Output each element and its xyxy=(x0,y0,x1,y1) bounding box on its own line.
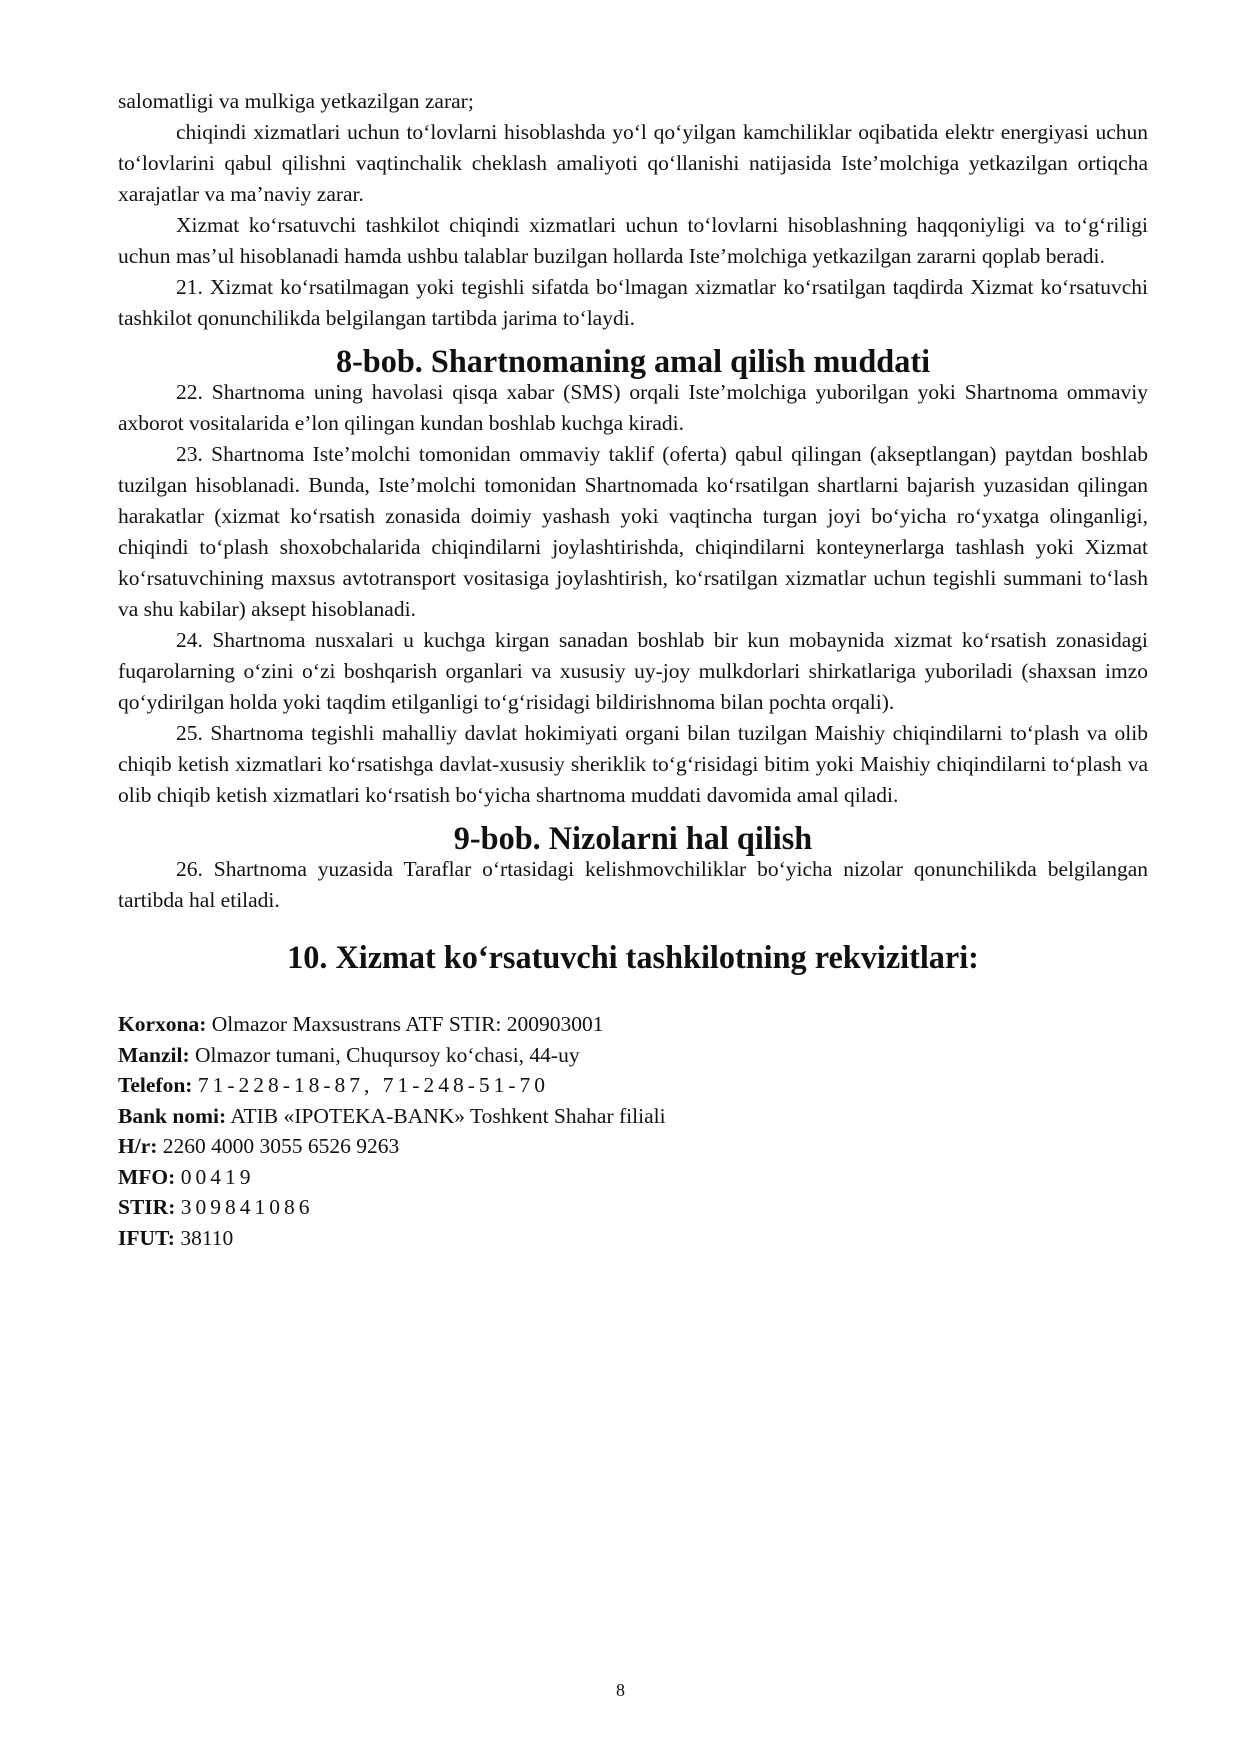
requisite-label: Korxona: xyxy=(118,1012,206,1036)
paragraph-clause-23: 23. Shartnoma Iste’molchi tomonidan omma… xyxy=(118,439,1148,625)
paragraph-clause-25: 25. Shartnoma tegishli mahalliy davlat h… xyxy=(118,718,1148,811)
requisite-value: 2260 4000 3055 6526 9263 xyxy=(163,1134,400,1158)
requisite-row: Bank nomi: ATIB «IPOTEKA-BANK» Toshkent … xyxy=(118,1101,1148,1132)
requisite-label: Telefon: xyxy=(118,1073,192,1097)
paragraph: Xizmat ko‘rsatuvchi tashkilot chiqindi x… xyxy=(118,210,1148,272)
paragraph-clause-24: 24. Shartnoma nusxalari u kuchga kirgan … xyxy=(118,625,1148,718)
requisite-label: Manzil: xyxy=(118,1043,190,1067)
requisite-label: H/r: xyxy=(118,1134,157,1158)
requisite-value: ATIB «IPOTEKA-BANK» Toshkent Shahar fili… xyxy=(230,1104,665,1128)
requisite-row: Telefon: 71-228-18-87, 71-248-51-70 xyxy=(118,1070,1148,1101)
requisite-label: MFO: xyxy=(118,1165,175,1189)
requisites-list: Korxona: Olmazor Maxsustrans ATF STIR: 2… xyxy=(118,1009,1148,1253)
paragraph-clause-21: 21. Xizmat ko‘rsatilmagan yoki tegishli … xyxy=(118,272,1148,334)
top-paragraphs: salomatligi va mulkiga yetkazilgan zarar… xyxy=(118,86,1148,334)
requisite-row: MFO: 00419 xyxy=(118,1162,1148,1193)
requisite-value: 00419 xyxy=(181,1165,255,1189)
requisite-label: Bank nomi: xyxy=(118,1104,226,1128)
requisite-value: 71-228-18-87, 71-248-51-70 xyxy=(198,1073,549,1097)
requisite-label: STIR: xyxy=(118,1195,175,1219)
requisite-row: IFUT: 38110 xyxy=(118,1223,1148,1254)
requisite-row: STIR: 309841086 xyxy=(118,1192,1148,1223)
chapter-8-heading: 8-bob. Shartnomaning amal qilish muddati xyxy=(118,346,1148,377)
paragraph-clause-26: 26. Shartnoma yuzasida Taraflar o‘rtasid… xyxy=(118,854,1148,916)
paragraph: chiqindi xizmatlari uchun to‘lovlarni hi… xyxy=(118,117,1148,210)
requisite-value: Olmazor tumani, Chuqursoy ko‘chasi, 44-u… xyxy=(195,1043,580,1067)
requisite-value: Olmazor Maxsustrans ATF STIR: 200903001 xyxy=(212,1012,604,1036)
requisite-row: Korxona: Olmazor Maxsustrans ATF STIR: 2… xyxy=(118,1009,1148,1040)
requisite-value: 309841086 xyxy=(181,1195,314,1219)
page-number: 8 xyxy=(0,1680,1241,1701)
chapter-10-heading: 10. Xizmat ko‘rsatuvchi tashkilotning re… xyxy=(118,942,1148,973)
requisite-row: H/r: 2260 4000 3055 6526 9263 xyxy=(118,1131,1148,1162)
paragraph: salomatligi va mulkiga yetkazilgan zarar… xyxy=(118,86,1148,117)
document-page: salomatligi va mulkiga yetkazilgan zarar… xyxy=(118,86,1148,1253)
requisite-value: 38110 xyxy=(180,1226,233,1250)
chapter-9-heading: 9-bob. Nizolarni hal qilish xyxy=(118,823,1148,854)
requisite-row: Manzil: Olmazor tumani, Chuqursoy ko‘cha… xyxy=(118,1040,1148,1071)
requisite-label: IFUT: xyxy=(118,1226,175,1250)
paragraph-clause-22: 22. Shartnoma uning havolasi qisqa xabar… xyxy=(118,377,1148,439)
